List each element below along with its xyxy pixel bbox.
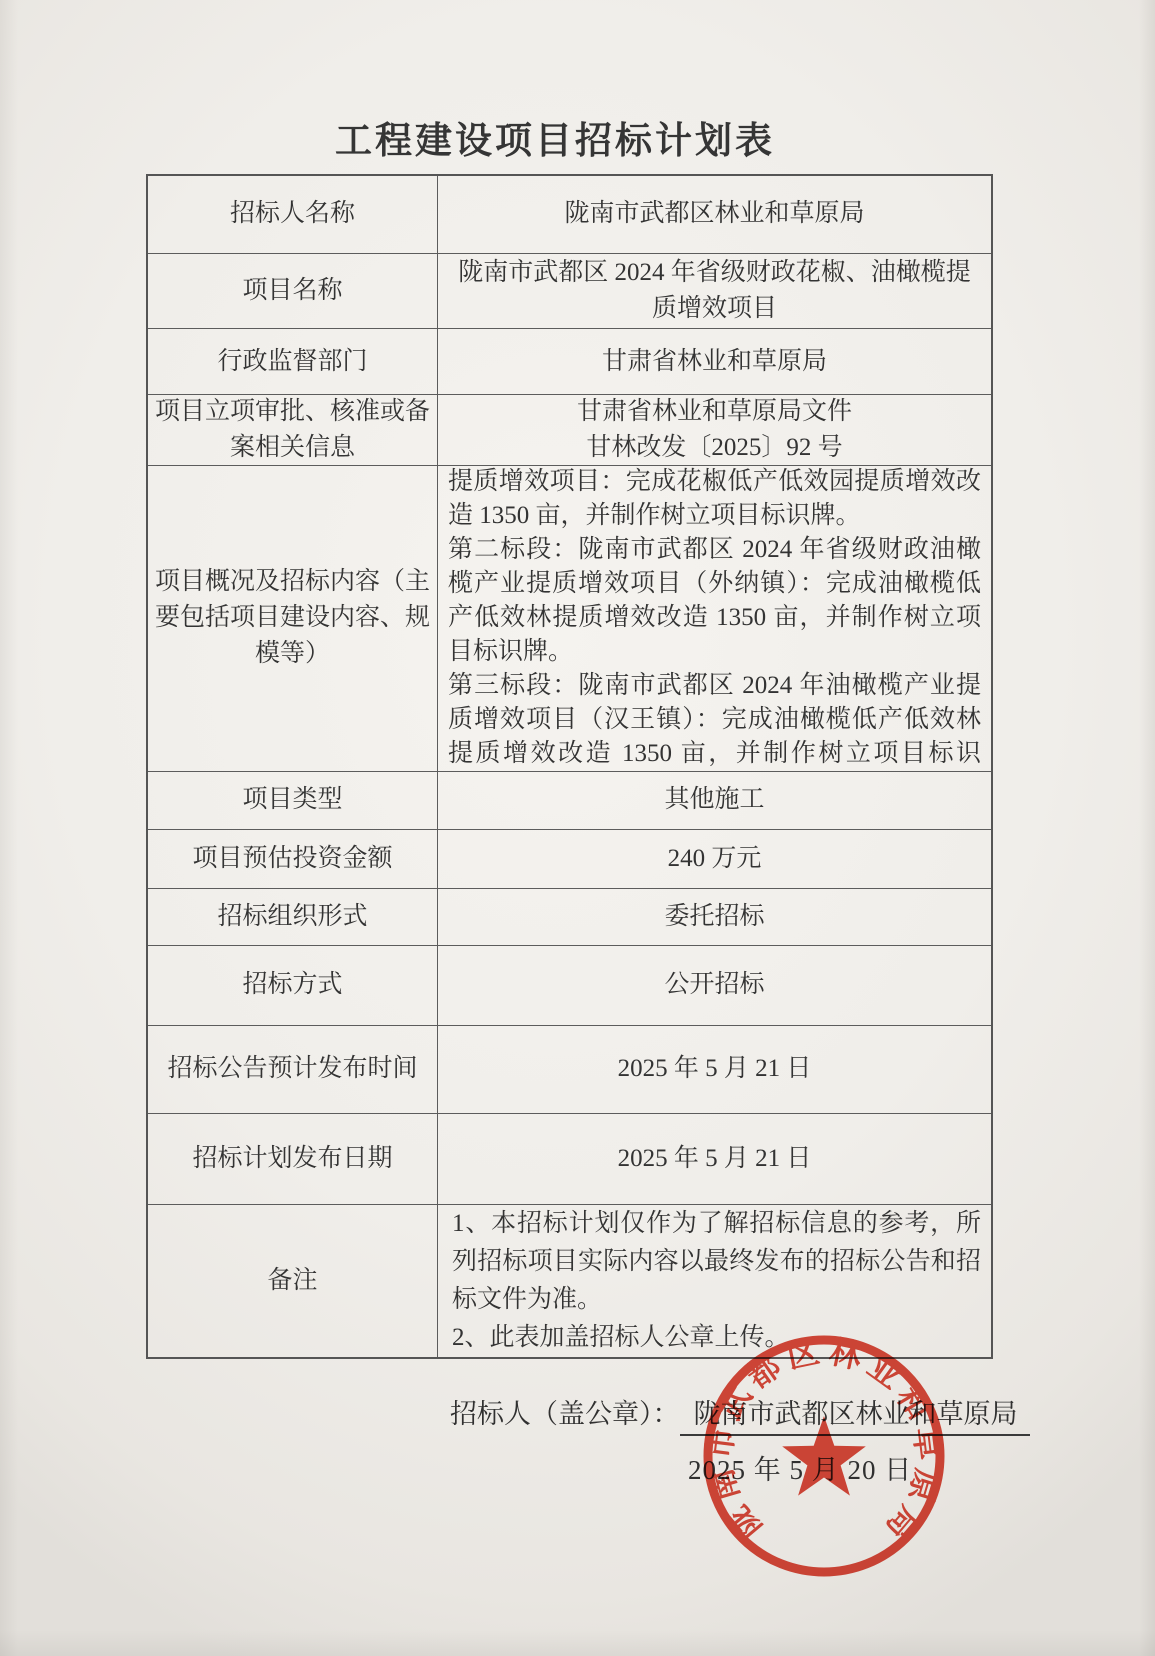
row-label: 项目类型 [148, 772, 438, 829]
bid-section-3: 第三标段：陇南市武都区 2024 年油橄榄产业提质增效项目（汉王镇）：完成油橄榄… [448, 669, 981, 771]
seal-text: 陇南市武都区林业和草原局 [701, 1333, 947, 1547]
table-row: 招标人名称 陇南市武都区林业和草原局 [148, 176, 991, 253]
row-label: 项目预估投资金额 [148, 830, 438, 889]
table-row: 项目概况及招标内容（主要包括项目建设内容、规模等） 第一标段：陇南市武都区 20… [148, 465, 991, 771]
table-row: 招标计划发布日期 2025 年 5 月 21 日 [148, 1113, 991, 1204]
table-row: 招标公告预计发布时间 2025 年 5 月 21 日 [148, 1025, 991, 1114]
table-row: 项目立项审批、核准或备案相关信息 甘肃省林业和草原局文件 甘林改发〔2025〕9… [148, 394, 991, 465]
row-value: 2025 年 5 月 21 日 [438, 1114, 991, 1204]
signature-date: 2025 年 5 月 20 日 [688, 1448, 912, 1487]
row-label: 招标人名称 [148, 176, 438, 253]
row-label: 招标组织形式 [148, 889, 438, 945]
row-label: 招标计划发布日期 [148, 1114, 438, 1204]
row-label: 行政监督部门 [148, 329, 438, 394]
row-label: 招标公告预计发布时间 [148, 1026, 438, 1114]
bidding-plan-table: 招标人名称 陇南市武都区林业和草原局 项目名称 陇南市武都区 2024 年省级财… [146, 174, 993, 1359]
row-value: 公开招标 [438, 946, 991, 1025]
signer-label: 招标人（盖公章）： [450, 1399, 680, 1429]
bid-section-1: 第一标段：陇南市武都区 2024 年省级财政花椒提质增效项目：完成花椒低产低效园… [448, 466, 981, 534]
page-title: 工程建设项目招标计划表 [0, 110, 1110, 164]
row-label: 备注 [148, 1205, 438, 1357]
row-label: 项目立项审批、核准或备案相关信息 [148, 395, 438, 465]
row-label: 项目概况及招标内容（主要包括项目建设内容、规模等） [148, 466, 438, 771]
bid-section-2: 第二标段：陇南市武都区 2024 年省级财政油橄榄产业提质增效项目（外纳镇）：完… [448, 533, 981, 669]
row-value: 委托招标 [438, 889, 991, 945]
table-row: 行政监督部门 甘肃省林业和草原局 [148, 328, 991, 394]
row-label: 项目名称 [148, 254, 438, 329]
row-value: 240 万元 [438, 830, 991, 889]
scanned-document-page: 工程建设项目招标计划表 招标人名称 陇南市武都区林业和草原局 项目名称 陇南市武… [0, 0, 1155, 1656]
table-row: 招标方式 公开招标 [148, 945, 991, 1025]
row-value: 甘肃省林业和草原局文件 甘林改发〔2025〕92 号 [438, 395, 991, 465]
row-value: 2025 年 5 月 21 日 [438, 1026, 991, 1114]
table-row: 招标组织形式 委托招标 [148, 888, 991, 945]
row-value: 第一标段：陇南市武都区 2024 年省级财政花椒提质增效项目：完成花椒低产低效园… [438, 466, 991, 771]
row-value: 1、本招标计划仅作为了解招标信息的参考，所列招标项目实际内容以最终发布的招标公告… [438, 1205, 991, 1357]
table-row: 项目名称 陇南市武都区 2024 年省级财政花椒、油橄榄提质增效项目 [148, 253, 991, 329]
value-line: 甘肃省林业和草原局文件 [577, 395, 852, 430]
row-label: 招标方式 [148, 946, 438, 1025]
table-row: 项目预估投资金额 240 万元 [148, 829, 991, 889]
table-row: 备注 1、本招标计划仅作为了解招标信息的参考，所列招标项目实际内容以最终发布的招… [148, 1204, 991, 1357]
row-value: 陇南市武都区 2024 年省级财政花椒、油橄榄提质增效项目 [438, 254, 991, 329]
signature-line: 招标人（盖公章）：陇南市武都区林业和草原局 [450, 1392, 1030, 1436]
row-value: 甘肃省林业和草原局 [438, 329, 991, 394]
table-row: 项目类型 其他施工 [148, 771, 991, 829]
note-line-1: 1、本招标计划仅作为了解招标信息的参考，所列招标项目实际内容以最终发布的招标公告… [452, 1205, 981, 1319]
row-value: 其他施工 [438, 772, 991, 829]
row-value: 陇南市武都区林业和草原局 [438, 176, 991, 253]
signer-name: 陇南市武都区林业和草原局 [680, 1392, 1030, 1436]
note-line-2: 2、此表加盖招标人公章上传。 [452, 1319, 981, 1357]
value-line: 甘林改发〔2025〕92 号 [586, 430, 842, 465]
